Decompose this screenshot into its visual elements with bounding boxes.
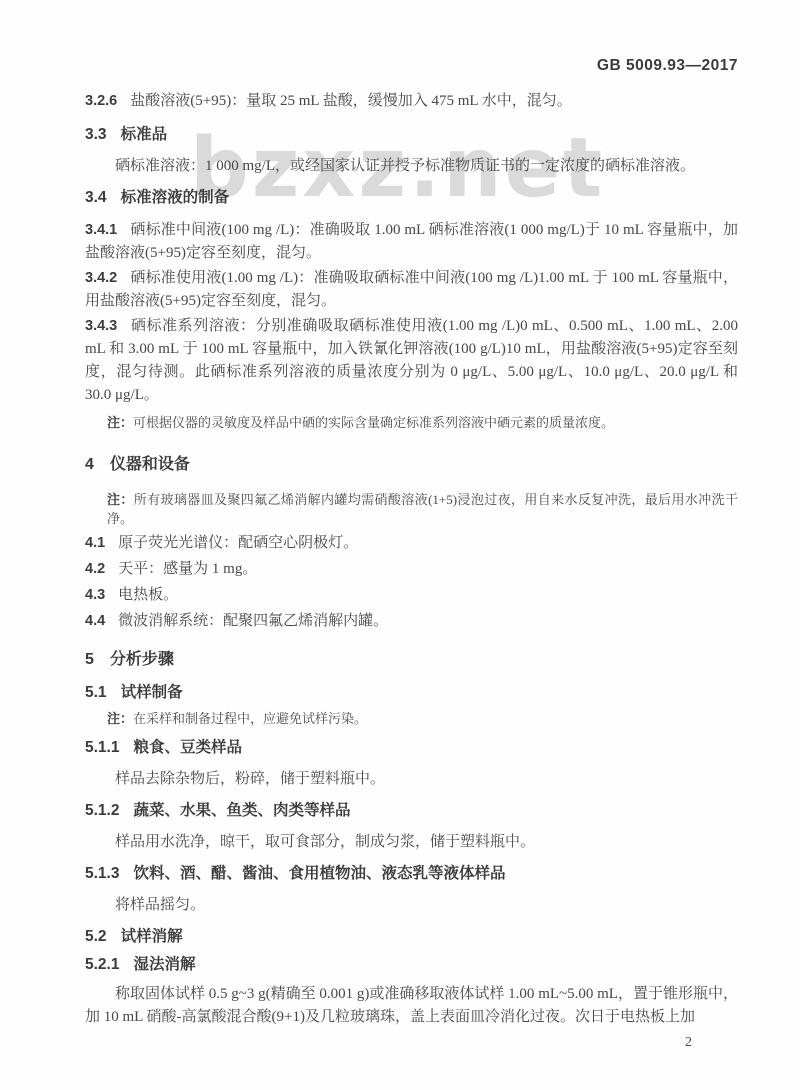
heading-number: 5.1.2 xyxy=(85,802,119,819)
page-number: 2 xyxy=(85,1033,738,1053)
clause-text: 天平：感量为 1 mg。 xyxy=(118,561,257,577)
heading-number: 5.2 xyxy=(85,928,107,945)
clause-text: 电热板。 xyxy=(118,587,178,603)
heading-number: 5.2.1 xyxy=(85,956,119,973)
section-4-title: 4仪器和设备 xyxy=(85,454,738,476)
clause-number: 4.2 xyxy=(85,561,105,577)
heading-number: 3.3 xyxy=(85,126,107,143)
heading-number: 5.1 xyxy=(85,684,107,701)
clause-3-4-3: 3.4.3硒标准系列溶液：分别准确吸取硒标准使用液(1.00 mg /L)0 m… xyxy=(85,315,738,407)
clause-text: 硒标准中间液(100 mg /L)：准确吸取 1.00 mL 硒标准溶液(1 0… xyxy=(85,222,738,261)
section-number: 4 xyxy=(85,456,94,473)
clause-4-2: 4.2天平：感量为 1 mg。 xyxy=(85,558,738,581)
heading-5-1-3: 5.1.3饮料、酒、醋、酱油、食用植物油、液态乳等液体样品 xyxy=(85,864,738,884)
paragraph-vegetable-samples: 样品用水洗净，晾干，取可食部分，制成匀浆，储于塑料瓶中。 xyxy=(85,831,738,854)
clause-4-3: 4.3电热板。 xyxy=(85,584,738,607)
clause-number: 3.4.1 xyxy=(85,222,117,238)
page-content: GB 5009.93—2017 3.2.6盐酸溶液(5+95)：量取 25 mL… xyxy=(0,0,800,1053)
heading-5-2-1: 5.2.1湿法消解 xyxy=(85,955,738,975)
heading-5-1: 5.1试样制备 xyxy=(85,683,738,703)
clause-number: 4.3 xyxy=(85,587,105,603)
document-page: bzxz.net GB 5009.93—2017 3.2.6盐酸溶液(5+95)… xyxy=(0,0,800,1090)
section-text: 分析步骤 xyxy=(110,651,174,668)
note-label: 注： xyxy=(107,711,133,726)
clause-4-1: 4.1原子荧光光谱仪：配硒空心阴极灯。 xyxy=(85,532,738,555)
section-5-title: 5分析步骤 xyxy=(85,649,738,671)
section-number: 5 xyxy=(85,651,94,668)
paragraph-standard-solution: 硒标准溶液：1 000 mg/L，或经国家认证并授予标准物质证书的一定浓度的硒标… xyxy=(85,155,738,178)
clause-text: 原子荧光光谱仪：配硒空心阴极灯。 xyxy=(118,535,358,551)
heading-5-2: 5.2试样消解 xyxy=(85,927,738,947)
note-text: 可根据仪器的灵敏度及样品中硒的实际含量确定标准系列溶液中硒元素的质量浓度。 xyxy=(133,415,614,430)
note-label: 注： xyxy=(107,492,134,507)
clause-3-2-6: 3.2.6盐酸溶液(5+95)：量取 25 mL 盐酸，缓慢加入 475 mL … xyxy=(85,90,738,113)
heading-number: 5.1.3 xyxy=(85,865,119,882)
heading-text: 粮食、豆类样品 xyxy=(133,739,242,756)
note-glassware: 注：所有玻璃器皿及聚四氟乙烯消解内罐均需硝酸溶液(1+5)浸泡过夜，用自来水反复… xyxy=(85,490,738,528)
heading-text: 湿法消解 xyxy=(133,956,195,973)
clause-number: 3.4.3 xyxy=(85,318,117,334)
heading-5-1-2: 5.1.2蔬菜、水果、鱼类、肉类等样品 xyxy=(85,801,738,821)
section-text: 仪器和设备 xyxy=(110,456,190,473)
heading-3-4: 3.4标准溶液的制备 xyxy=(85,188,738,208)
clause-number: 3.2.6 xyxy=(85,93,117,109)
heading-text: 蔬菜、水果、鱼类、肉类等样品 xyxy=(133,802,350,819)
heading-text: 标准溶液的制备 xyxy=(121,189,230,206)
clause-3-4-1: 3.4.1硒标准中间液(100 mg /L)：准确吸取 1.00 mL 硒标准溶… xyxy=(85,219,738,265)
heading-number: 5.1.1 xyxy=(85,739,119,756)
heading-5-1-1: 5.1.1粮食、豆类样品 xyxy=(85,738,738,758)
note-standard-series: 注：可根据仪器的灵敏度及样品中硒的实际含量确定标准系列溶液中硒元素的质量浓度。 xyxy=(85,413,738,432)
clause-text: 硒标准系列溶液：分别准确吸取硒标准使用液(1.00 mg /L)0 mL、0.5… xyxy=(85,318,738,403)
note-text: 在采样和制备过程中，应避免试样污染。 xyxy=(133,711,367,726)
clause-4-4: 4.4微波消解系统：配聚四氟乙烯消解内罐。 xyxy=(85,610,738,633)
note-sampling: 注：在采样和制备过程中，应避免试样污染。 xyxy=(85,709,738,728)
heading-number: 3.4 xyxy=(85,189,107,206)
heading-text: 试样消解 xyxy=(121,928,183,945)
heading-text: 试样制备 xyxy=(121,684,183,701)
paragraph-wet-digestion: 称取固体试样 0.5 g~3 g(精确至 0.001 g)或准确移取液体试样 1… xyxy=(85,983,738,1029)
heading-text: 饮料、酒、醋、酱油、食用植物油、液态乳等液体样品 xyxy=(133,865,505,882)
paragraph-liquid-samples: 将样品摇匀。 xyxy=(85,894,738,917)
clause-text: 硒标准使用液(1.00 mg /L)：准确吸取硒标准中间液(100 mg /L)… xyxy=(85,270,738,309)
clause-number: 3.4.2 xyxy=(85,270,117,286)
clause-text: 微波消解系统：配聚四氟乙烯消解内罐。 xyxy=(118,613,388,629)
heading-text: 标准品 xyxy=(121,126,168,143)
paragraph-grain-samples: 样品去除杂物后，粉碎，储于塑料瓶中。 xyxy=(85,768,738,791)
note-label: 注： xyxy=(107,415,133,430)
clause-text: 盐酸溶液(5+95)：量取 25 mL 盐酸，缓慢加入 475 mL 水中，混匀… xyxy=(130,93,572,109)
standard-code: GB 5009.93—2017 xyxy=(85,56,738,76)
clause-number: 4.1 xyxy=(85,535,105,551)
heading-3-3: 3.3标准品 xyxy=(85,125,738,145)
note-text: 所有玻璃器皿及聚四氟乙烯消解内罐均需硝酸溶液(1+5)浸泡过夜，用自来水反复冲洗… xyxy=(107,492,738,526)
clause-3-4-2: 3.4.2硒标准使用液(1.00 mg /L)：准确吸取硒标准中间液(100 m… xyxy=(85,267,738,313)
clause-number: 4.4 xyxy=(85,613,105,629)
